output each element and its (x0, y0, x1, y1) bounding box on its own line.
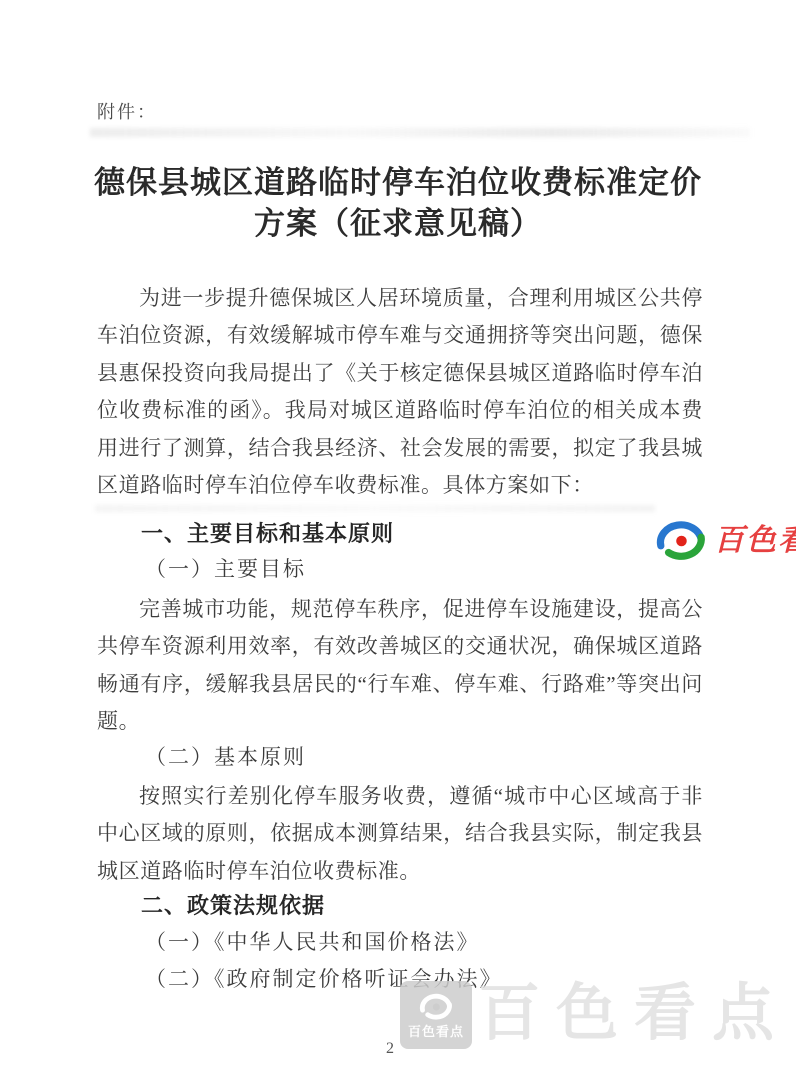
brand-watermark-right: 百色看点 (652, 517, 796, 565)
page-number: 2 (386, 1040, 394, 1058)
subsection-heading-1-2: （二）基本原则 (97, 741, 751, 771)
watermark-big-text: 百色看点 (478, 981, 790, 1047)
paragraph-main-goal: 完善城市功能，规范停车秩序，促进停车设施建设，提高公共停车资源利用效率，有效改善… (97, 591, 703, 741)
watermark-badge: 百色看点 (400, 981, 472, 1049)
bottom-watermark: 百色看点 百色看点 (400, 981, 790, 1049)
watermark-badge-text: 百色看点 (408, 1025, 464, 1039)
scan-artifact-band-2 (95, 505, 655, 512)
paragraph-intro: 为进一步提升德保城区人居环境质量，合理利用城区公共停车泊位资源，有效缓解城市停车… (97, 280, 703, 504)
brand-watermark-text: 百色看点 (714, 517, 796, 565)
document-title-line2: 方案（征求意见稿） (254, 206, 542, 241)
document-page: 附件： 德保县城区道路临时停车泊位收费标准定价方案（征求意见稿） 为进一步提升德… (0, 0, 796, 1072)
section-heading-1: 一、主要目标和基本原则 (97, 517, 747, 548)
scan-artifact-band (90, 128, 750, 137)
section-heading-2: 二、政策法规依据 (97, 889, 747, 920)
legal-basis-item-1: （一）《中华人民共和国价格法》 (97, 926, 751, 956)
brand-swirl-icon (652, 517, 710, 565)
document-title-line1: 德保县城区道路临时停车泊位收费标准定价 (94, 165, 702, 200)
document-title: 德保县城区道路临时停车泊位收费标准定价方案（征求意见稿） (60, 162, 736, 244)
badge-swirl-icon (416, 991, 456, 1023)
paragraph-basic-principle: 按照实行差别化停车服务收费，遵循“城市中心区域高于非中心区域的原则，依据成本测算… (97, 778, 703, 890)
attachment-label: 附件： (97, 98, 157, 124)
